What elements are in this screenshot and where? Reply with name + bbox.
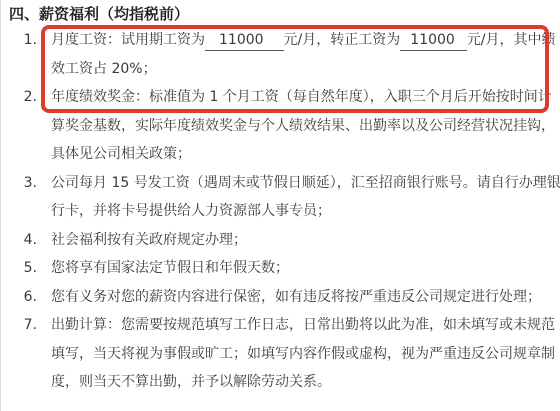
item-number: 5. <box>1 254 37 283</box>
salary-terms-list: 1. 月度工资：试用期工资为11000元/月，转正工资为11000元/月，其中绩… <box>1 26 560 397</box>
regular-salary-blank: 11000 <box>400 30 467 51</box>
item-text: 元/月，其中绩 <box>467 32 556 48</box>
list-item-attendance: 7. 出勤计算：您需要按规范填写工作日志，日常出勤将以此为准，如未填写或未规范 … <box>1 311 560 397</box>
item-number: 4. <box>1 226 37 255</box>
section-title: 四、薪资福利（均指税前） <box>9 3 189 25</box>
list-item-confidentiality: 6. 您有义务对您的薪资内容进行保密，如有违反将按严重违反公司规定进行处理； <box>1 283 560 312</box>
item-text: 元/月，转正工资为 <box>284 32 401 48</box>
list-item-annual-bonus: 2. 年度绩效奖金：标准值为 1 个月工资（每自然年度），入职三个月后开始按时间… <box>1 83 560 169</box>
item-number: 3. <box>1 169 37 198</box>
item-number: 1. <box>1 26 37 55</box>
list-item-holidays: 5. 您将享有国家法定节假日和年假天数； <box>1 254 560 283</box>
item-line: 您有义务对您的薪资内容进行保密，如有违反将按严重违反公司规定进行处理； <box>51 283 560 312</box>
item-line: 公司每月 15 号发工资（遇周末或节假日顺延），汇至招商银行账号。请自行办理银 <box>51 169 560 198</box>
item-text: 月度工资：试用期工资为 <box>51 32 205 48</box>
item-number: 7. <box>1 311 37 340</box>
probation-salary-blank: 11000 <box>205 30 284 51</box>
regular-salary-value: 11000 <box>410 32 455 48</box>
item-line: 度，则当天不算出勤，并予以解除劳动关系。 <box>51 368 560 397</box>
item-line: 效工资占 20%； <box>51 55 560 84</box>
probation-salary-value: 11000 <box>219 32 264 48</box>
item-number: 2. <box>1 83 37 112</box>
list-item-social-welfare: 4. 社会福利按有关政府规定办理； <box>1 226 560 255</box>
item-line: 填写，当天将视为事假或旷工；如填写内容作假或虚构，视为严重违反公司规章制 <box>51 340 560 369</box>
item-line: 算奖金基数，实际年度绩效奖金与个人绩效结果、出勤率以及公司经营状况挂钩， <box>51 112 560 141</box>
item-number: 6. <box>1 283 37 312</box>
item-line: 具体见公司相关政策； <box>51 140 560 169</box>
item-line: 出勤计算：您需要按规范填写工作日志，日常出勤将以此为准，如未填写或未规范 <box>51 311 560 340</box>
item-line: 年度绩效奖金：标准值为 1 个月工资（每自然年度），入职三个月后开始按时间计 <box>51 83 560 112</box>
list-item-monthly-salary: 1. 月度工资：试用期工资为11000元/月，转正工资为11000元/月，其中绩… <box>1 26 560 83</box>
item-line: 社会福利按有关政府规定办理； <box>51 226 560 255</box>
item-line: 月度工资：试用期工资为11000元/月，转正工资为11000元/月，其中绩 <box>51 26 560 55</box>
item-line: 您将享有国家法定节假日和年假天数； <box>51 254 560 283</box>
salary-document: 四、薪资福利（均指税前） 1. 月度工资：试用期工资为11000元/月，转正工资… <box>0 0 560 411</box>
item-line: 行卡，并将卡号提供给人力资源部人事专员； <box>51 197 560 226</box>
list-item-payday: 3. 公司每月 15 号发工资（遇周末或节假日顺延），汇至招商银行账号。请自行办… <box>1 169 560 226</box>
